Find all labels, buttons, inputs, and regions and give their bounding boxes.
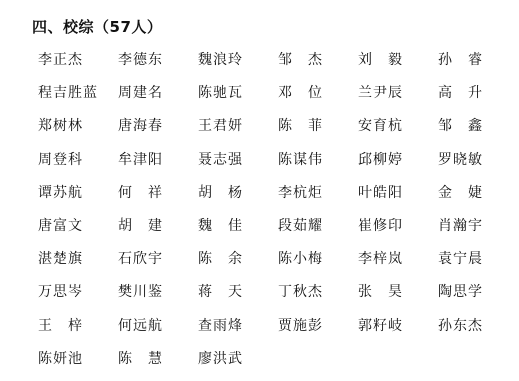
list-item: 王君妍 — [198, 116, 278, 149]
list-item: 樊川鉴 — [118, 282, 198, 315]
list-item: 魏浪玲 — [198, 50, 278, 83]
list-item: 崔修印 — [358, 216, 438, 249]
list-item: 高 升 — [438, 83, 518, 116]
list-item: 魏 佳 — [198, 216, 278, 249]
list-item: 李德东 — [118, 50, 198, 83]
list-item: 胡 杨 — [198, 183, 278, 216]
list-item: 邹 杰 — [278, 50, 358, 83]
list-item: 袁宁晨 — [438, 249, 518, 282]
list-item: 李正杰 — [38, 50, 118, 83]
list-item: 谭苏航 — [38, 183, 118, 216]
list-item: 王 梓 — [38, 316, 118, 349]
list-item: 陈 菲 — [278, 116, 358, 149]
list-item: 兰尹辰 — [358, 83, 438, 116]
list-item: 贾施彭 — [278, 316, 358, 349]
section-title: 四、校综（57人） — [32, 16, 162, 37]
list-item: 万思岑 — [38, 282, 118, 315]
list-item: 周建名 — [118, 83, 198, 116]
list-item: 肖瀚宇 — [438, 216, 518, 249]
list-item: 丁秋杰 — [278, 282, 358, 315]
list-item: 查雨烽 — [198, 316, 278, 349]
list-item: 周登科 — [38, 150, 118, 183]
list-item: 李杭炬 — [278, 183, 358, 216]
list-item: 孙东杰 — [438, 316, 518, 349]
list-item: 陈 慧 — [118, 349, 198, 381]
list-item: 李梓岚 — [358, 249, 438, 282]
list-item: 牟津阳 — [118, 150, 198, 183]
list-item: 邹 鑫 — [438, 116, 518, 149]
list-item: 郭籽岐 — [358, 316, 438, 349]
list-item: 金 婕 — [438, 183, 518, 216]
list-item: 叶皓阳 — [358, 183, 438, 216]
list-item: 邱柳婷 — [358, 150, 438, 183]
list-item: 张 昊 — [358, 282, 438, 315]
list-item: 陈驰瓦 — [198, 83, 278, 116]
list-item: 罗晓敏 — [438, 150, 518, 183]
list-item: 何 祥 — [118, 183, 198, 216]
list-item: 邓 位 — [278, 83, 358, 116]
list-item: 陈 余 — [198, 249, 278, 282]
list-item: 陶思学 — [438, 282, 518, 315]
list-item: 胡 建 — [118, 216, 198, 249]
name-list: 李正杰 李德东 魏浪玲 邹 杰 刘 毅 孙 睿 程吉胜蓝 周建名 陈驰瓦 邓 位… — [38, 50, 518, 381]
list-item: 陈谋伟 — [278, 150, 358, 183]
list-item: 聂志强 — [198, 150, 278, 183]
list-item: 段茹耀 — [278, 216, 358, 249]
list-item: 湛楚旗 — [38, 249, 118, 282]
list-item: 唐富文 — [38, 216, 118, 249]
list-item: 廖洪武 — [198, 349, 278, 381]
list-item: 刘 毅 — [358, 50, 438, 83]
list-item: 唐海春 — [118, 116, 198, 149]
list-item: 石欣宇 — [118, 249, 198, 282]
list-item: 孙 睿 — [438, 50, 518, 83]
list-item: 蒋 天 — [198, 282, 278, 315]
list-item: 安育杭 — [358, 116, 438, 149]
list-item: 郑树林 — [38, 116, 118, 149]
list-item: 陈小梅 — [278, 249, 358, 282]
list-item: 陈妍池 — [38, 349, 118, 381]
list-item: 程吉胜蓝 — [38, 83, 118, 116]
list-item: 何远航 — [118, 316, 198, 349]
